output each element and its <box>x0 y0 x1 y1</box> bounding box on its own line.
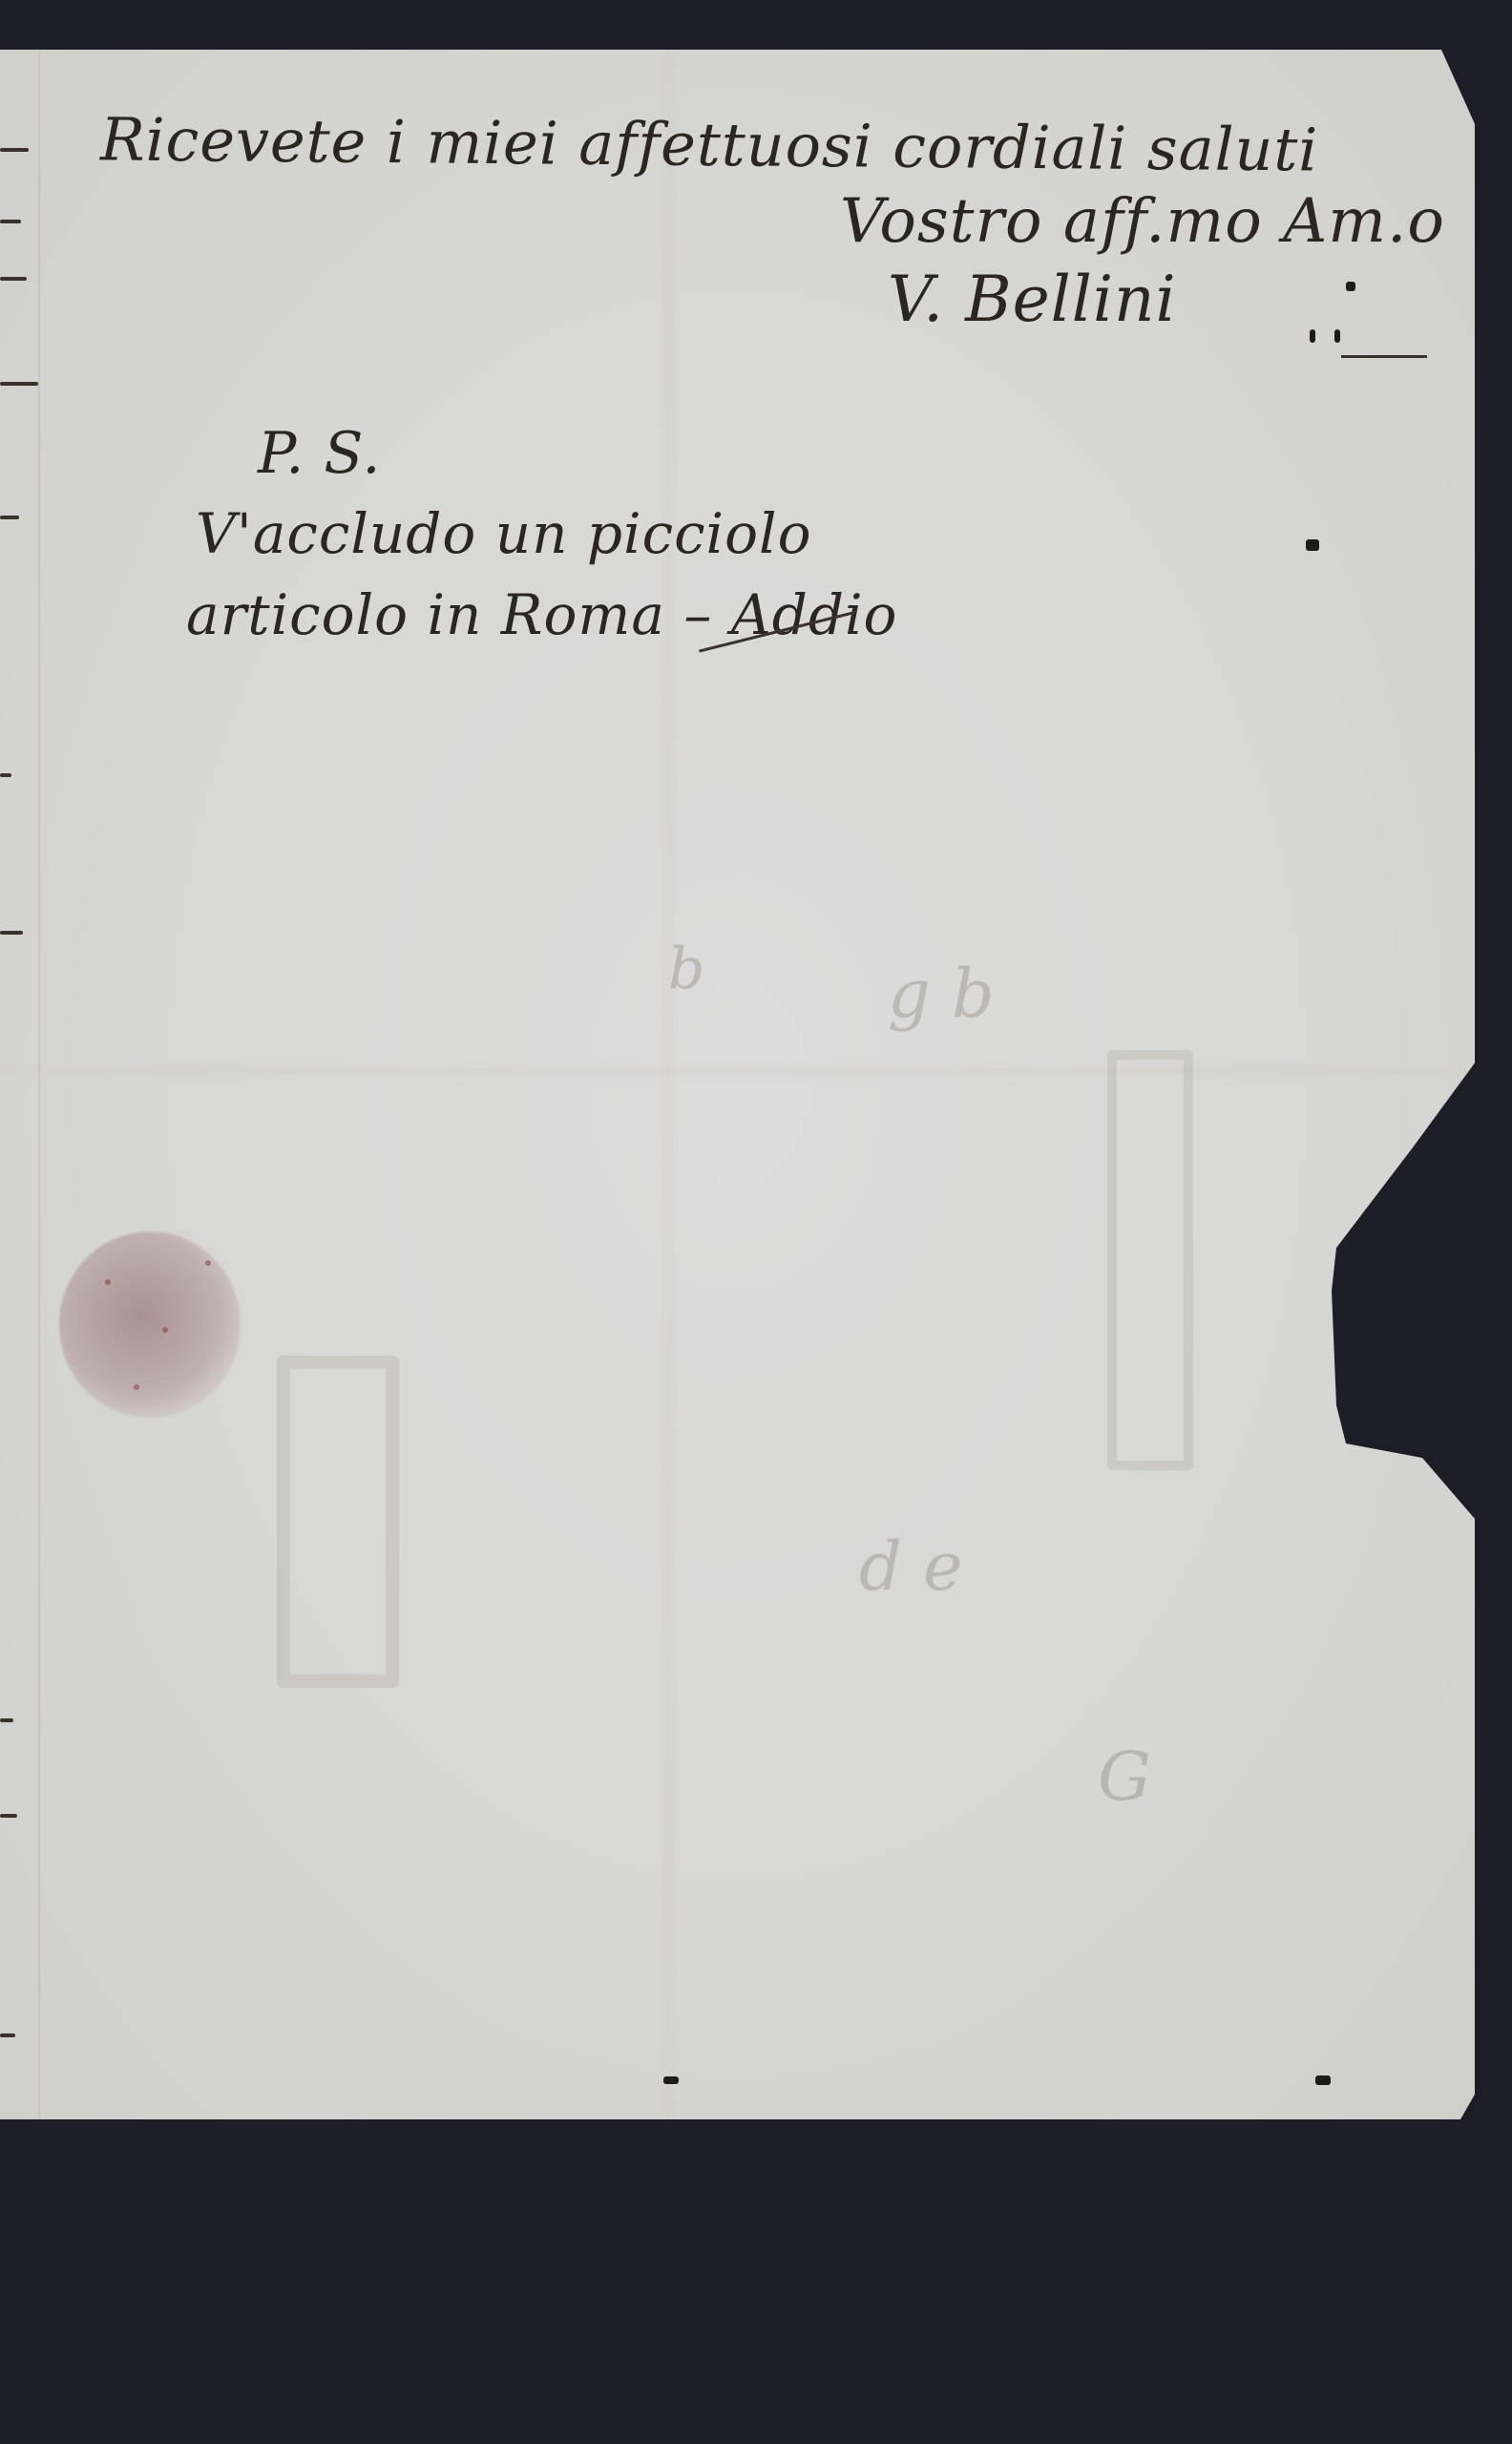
margin-ink-mark <box>0 277 27 281</box>
faint-bleedthrough-text: g b <box>888 955 995 1033</box>
faint-bleedthrough-text: G <box>1098 1738 1151 1816</box>
ink-dot <box>1334 329 1340 343</box>
margin-ink-mark <box>0 148 29 152</box>
faint-postal-stamp-right <box>1107 1050 1193 1470</box>
seal-speck <box>162 1327 168 1333</box>
seal-speck <box>134 1384 139 1390</box>
letter-sheet <box>0 50 1475 2119</box>
postscript-heading: P. S. <box>258 420 381 487</box>
faint-postal-stamp-left <box>277 1356 399 1688</box>
closing-phrase: Vostro aff.mo Am.o <box>840 186 1445 257</box>
ink-dot <box>1315 2075 1331 2085</box>
ink-dot <box>663 2076 679 2084</box>
ink-dot <box>1306 539 1319 551</box>
seal-speck <box>105 1279 111 1285</box>
seal-speck <box>205 1260 211 1266</box>
margin-ink-mark <box>0 773 11 777</box>
margin-ink-mark <box>0 382 38 386</box>
ink-dot <box>1310 329 1315 343</box>
signature: V. Bellini <box>888 263 1177 336</box>
postscript-line-2: articolo in Roma – Addio <box>186 582 897 647</box>
wax-seal-stain <box>59 1232 241 1418</box>
closing-salutation-line: Ricevete i miei affettuosi cordiali salu… <box>100 104 1319 184</box>
ink-dot <box>1346 282 1355 291</box>
faint-bleedthrough-text: b <box>668 936 704 1002</box>
signature-flourish <box>1341 355 1427 358</box>
margin-ink-mark <box>0 516 19 519</box>
margin-ink-mark <box>0 1814 17 1818</box>
margin-ink-mark <box>0 931 23 935</box>
margin-ink-mark <box>0 1718 13 1722</box>
margin-ink-mark <box>0 2033 15 2037</box>
postscript-line-1: V'accludo un picciolo <box>196 501 812 566</box>
faint-bleedthrough-text: d e <box>859 1527 963 1606</box>
margin-ink-mark <box>0 220 21 223</box>
fold-line <box>38 50 40 2119</box>
